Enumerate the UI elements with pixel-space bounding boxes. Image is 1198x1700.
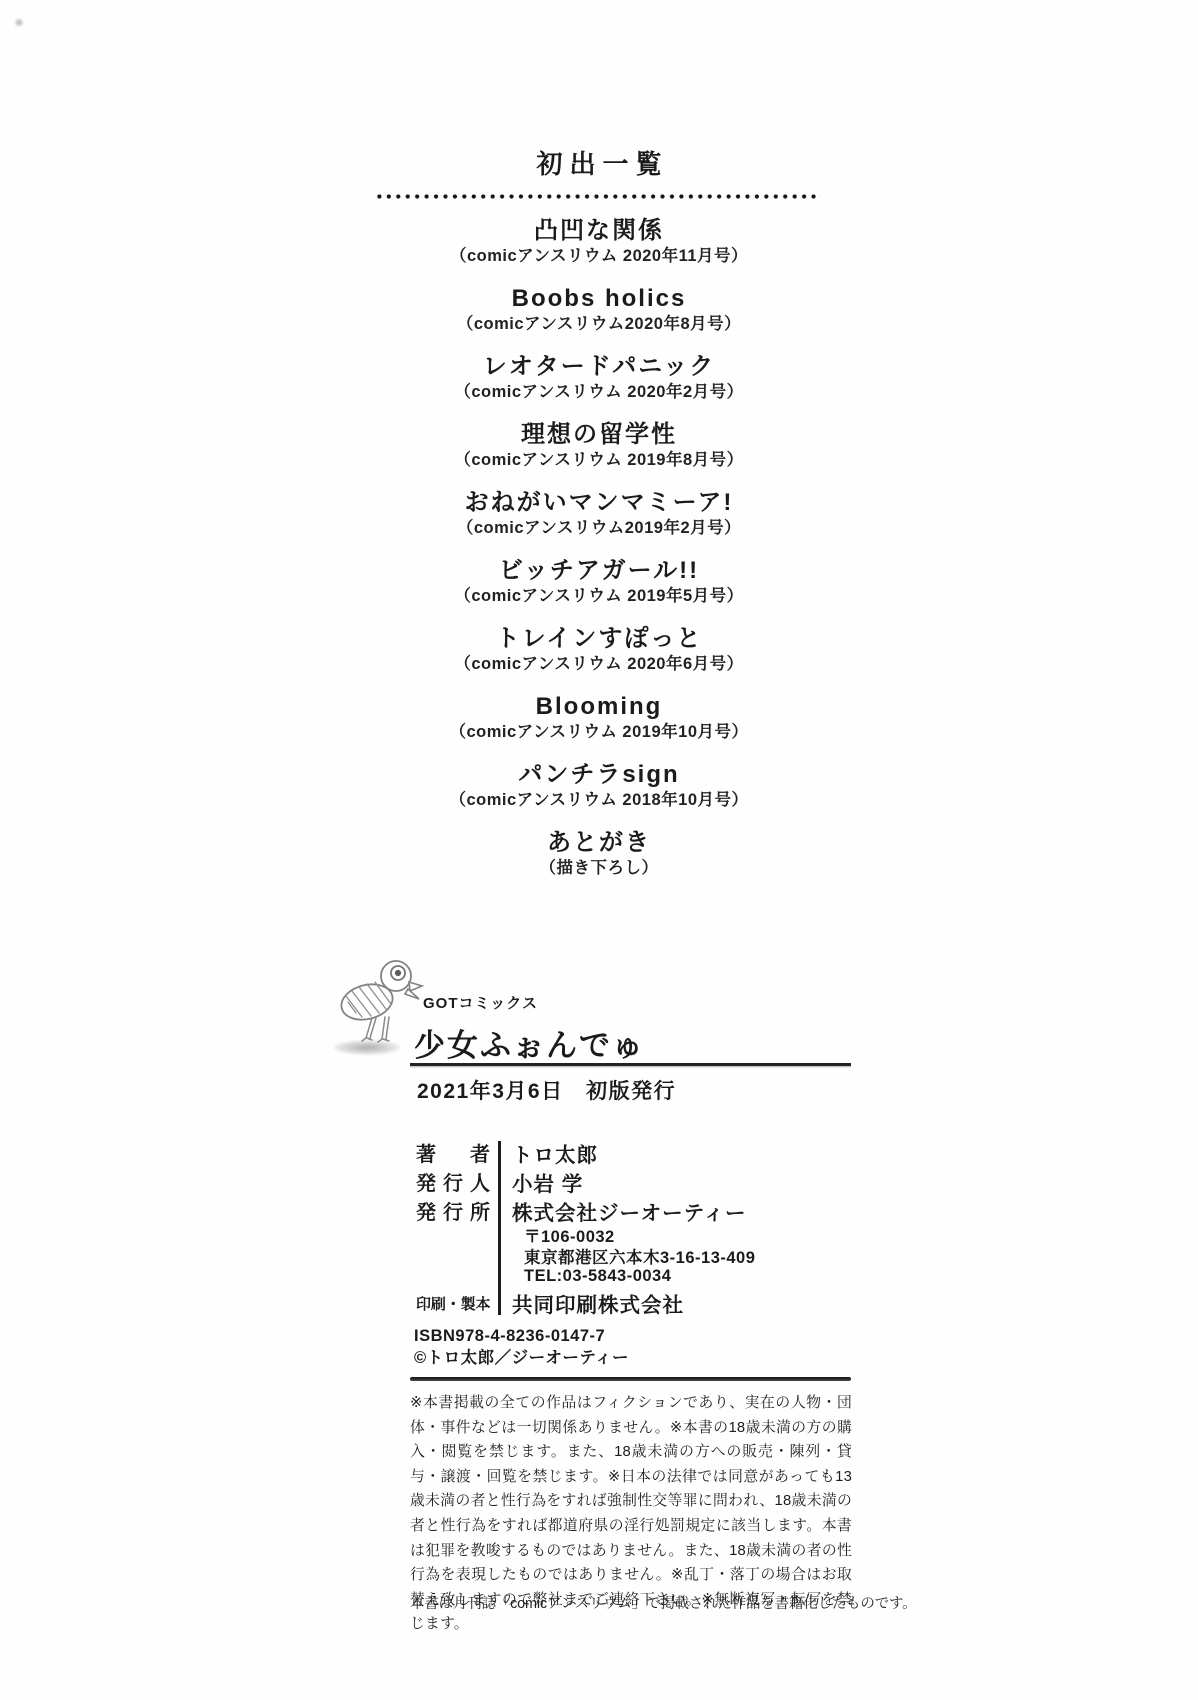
list-item: レオタードパニック （comicアンスリウム 2020年2月号）	[377, 335, 821, 403]
colophon-page: 初出一覧 凸凹な関係 （comicアンスリウム 2020年11月号） Boobs…	[0, 0, 1198, 1700]
page-title: 初出一覧	[377, 148, 821, 181]
bird-shadow	[333, 1040, 401, 1055]
work-source: （comicアンスリウム 2019年10月号）	[377, 722, 821, 743]
credit-row-postal-code: 〒106-0032	[416, 1225, 852, 1246]
scan-artifact	[13, 18, 25, 27]
work-source: （comicアンスリウム 2020年2月号）	[377, 382, 821, 403]
work-title: トレインすぽっと	[377, 624, 821, 654]
work-title: Blooming	[377, 692, 821, 722]
copyright: ©トロ太郎／ジーオーティー	[414, 1348, 629, 1370]
work-title: 凸凹な関係	[377, 216, 821, 246]
credit-label: 著者	[416, 1138, 490, 1167]
credit-row-publisher-person: 発行人 小岩 学	[416, 1167, 852, 1196]
credit-row-telephone: TEL:03-5843-0034	[416, 1266, 852, 1287]
credit-label: 発行人	[416, 1167, 490, 1196]
work-title: おねがいマンマミーア!	[377, 488, 821, 518]
work-title: パンチラsign	[377, 760, 821, 790]
credits-vertical-rule	[498, 1141, 501, 1315]
credit-value: 共同印刷株式会社	[512, 1288, 684, 1318]
list-item: Blooming （comicアンスリウム 2019年10月号）	[377, 675, 821, 743]
serialization-note: 本書は月刊誌「comicアンスリウム」で掲載された作品を書籍化したものです。	[410, 1592, 880, 1613]
credit-value: 小岩 学	[512, 1167, 583, 1197]
work-source: （comicアンスリウム2019年2月号）	[377, 518, 821, 539]
list-item: おねがいマンマミーア! （comicアンスリウム2019年2月号）	[377, 471, 821, 539]
work-source: （comicアンスリウム 2019年8月号）	[377, 450, 821, 471]
work-source: （comicアンスリウム 2018年10月号）	[377, 790, 821, 811]
list-item: 理想の留学性 （comicアンスリウム 2019年8月号）	[377, 403, 821, 471]
work-title: Boobs holics	[377, 284, 821, 314]
bird-logo-illustration	[336, 950, 424, 1049]
title-rule	[410, 1063, 851, 1066]
work-title: レオタードパニック	[377, 352, 821, 382]
work-source: （comicアンスリウム 2019年5月号）	[377, 586, 821, 607]
credit-row-author: 著者 トロ太郎	[416, 1138, 852, 1167]
list-item: トレインすぽっと （comicアンスリウム 2020年6月号）	[377, 607, 821, 675]
credit-value: トロ太郎	[512, 1138, 598, 1168]
work-source: （comicアンスリウム 2020年6月号）	[377, 654, 821, 675]
work-title: 理想の留学性	[377, 420, 821, 450]
edition-date: 2021年3月6日 初版発行	[417, 1075, 676, 1105]
work-title: ビッチアガール!!	[377, 556, 821, 586]
credit-row-address: 東京都港区六本木3-16-13-409	[416, 1246, 852, 1267]
imprint-label: GOTコミックス	[423, 992, 538, 1013]
credit-value: TEL:03-5843-0034	[524, 1267, 671, 1286]
credits-table: 著者 トロ太郎 発行人 小岩 学 発行所 株式会社ジーオーティー 〒106-00…	[416, 1138, 852, 1318]
isbn-block: ISBN978-4-8236-0147-7 ©トロ太郎／ジーオーティー	[414, 1326, 629, 1369]
credit-row-publisher-company: 発行所 株式会社ジーオーティー	[416, 1196, 852, 1225]
book-title: 少女ふぉんでゅ	[414, 1020, 645, 1065]
list-item: パンチラsign （comicアンスリウム 2018年10月号）	[377, 743, 821, 811]
first-publication-list: 初出一覧 凸凹な関係 （comicアンスリウム 2020年11月号） Boobs…	[377, 148, 821, 879]
section-divider	[410, 1377, 851, 1381]
list-item: Boobs holics （comicアンスリウム2020年8月号）	[377, 267, 821, 335]
credit-value: 株式会社ジーオーティー	[512, 1196, 746, 1226]
credit-row-printer: 印刷・製本 共同印刷株式会社	[416, 1289, 852, 1318]
work-source: （comicアンスリウム 2020年11月号）	[377, 246, 821, 267]
isbn: ISBN978-4-8236-0147-7	[414, 1326, 629, 1348]
work-title: あとがき	[377, 828, 821, 858]
credit-label: 発行所	[416, 1196, 490, 1225]
work-source: （comicアンスリウム2020年8月号）	[377, 314, 821, 335]
credit-label: 印刷・製本	[416, 1293, 490, 1314]
list-item: 凸凹な関係 （comicアンスリウム 2020年11月号）	[377, 199, 821, 267]
list-item: ビッチアガール!! （comicアンスリウム 2019年5月号）	[377, 539, 821, 607]
work-source: （描き下ろし）	[377, 858, 821, 879]
credit-value: 東京都港区六本木3-16-13-409	[524, 1244, 755, 1268]
bird-icon	[336, 950, 424, 1044]
list-item: あとがき （描き下ろし）	[377, 811, 821, 879]
